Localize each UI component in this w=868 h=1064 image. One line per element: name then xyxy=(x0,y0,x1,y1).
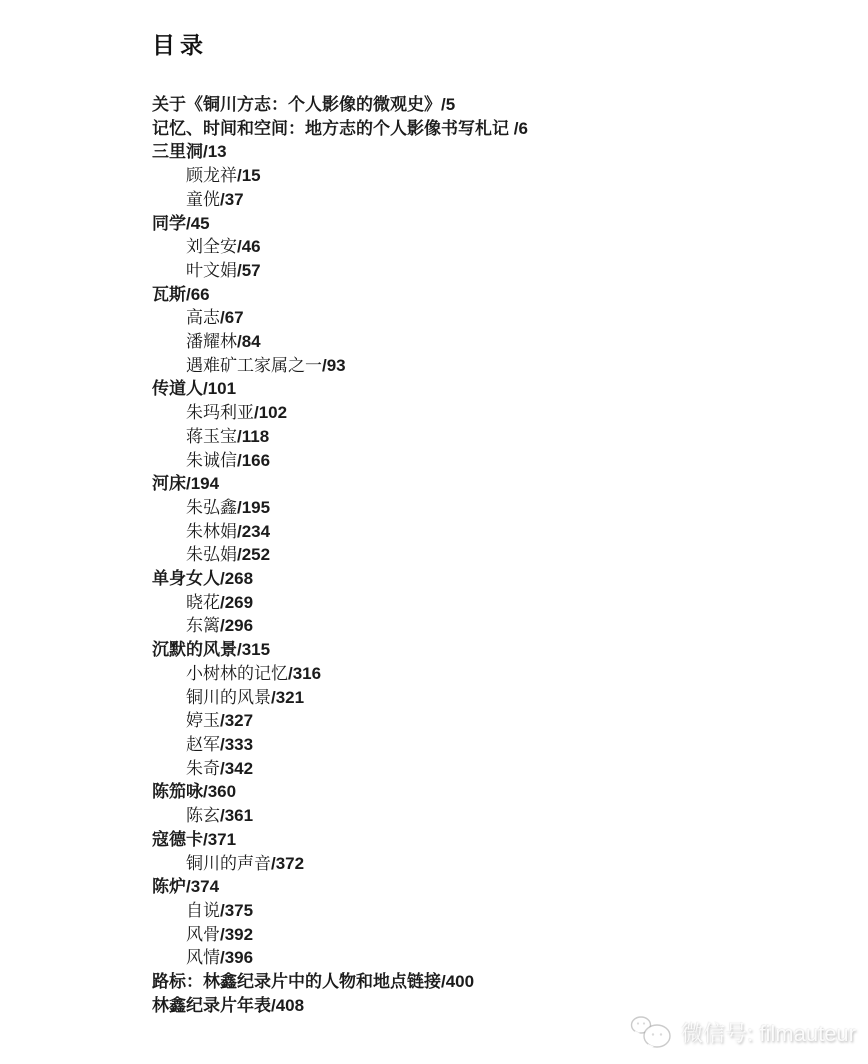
toc-entry-page: /400 xyxy=(441,972,474,991)
toc-section-entry: 沉默的风景/315 xyxy=(152,638,848,662)
toc-entry-label: 赵军 xyxy=(186,735,220,754)
toc-entry-page: /234 xyxy=(237,522,270,541)
toc-entry-page: /315 xyxy=(237,640,270,659)
toc-entry-label: 风骨 xyxy=(186,925,220,944)
toc-entry-page: /296 xyxy=(220,616,253,635)
toc-sub-entry: 朱诚信/166 xyxy=(152,449,848,473)
toc-entry-page: /194 xyxy=(186,474,219,493)
toc-entry-label: 潘耀林 xyxy=(186,332,237,351)
toc-entry-label: 陈玄 xyxy=(186,806,220,825)
toc-sub-entry: 小树林的记忆/316 xyxy=(152,662,848,686)
toc-entry-label: 沉默的风景 xyxy=(152,640,237,659)
toc-sub-entry: 童侊/37 xyxy=(152,188,848,212)
toc-section-entry: 三里洞/13 xyxy=(152,140,848,164)
toc-sub-entry: 顾龙祥/15 xyxy=(152,164,848,188)
toc-entry-label: 朱弘娟 xyxy=(186,545,237,564)
toc-entry-page: /195 xyxy=(237,498,270,517)
toc-sub-entry: 朱弘娟/252 xyxy=(152,543,848,567)
toc-entry-label: 遇难矿工家属之一 xyxy=(186,356,322,375)
toc-entry-label: 风情 xyxy=(186,948,220,967)
toc-entry-page: /67 xyxy=(220,308,244,327)
toc-entry-label: 高志 xyxy=(186,308,220,327)
toc-entry-page: /6 xyxy=(509,119,528,138)
toc-entry-page: /374 xyxy=(186,877,219,896)
toc-entry-page: /102 xyxy=(254,403,287,422)
document-page: 目录 关于《铜川方志：个人影像的微观史》/5记忆、时间和空间：地方志的个人影像书… xyxy=(0,0,868,1064)
toc-sub-entry: 朱弘鑫/195 xyxy=(152,496,848,520)
toc-entry-page: /93 xyxy=(322,356,346,375)
toc-sub-entry: 婷玉/327 xyxy=(152,709,848,733)
toc-entry-label: 记忆、时间和空间：地方志的个人影像书写札记 xyxy=(152,119,509,138)
toc-entry-page: /5 xyxy=(441,95,455,114)
toc-section-entry: 陈炉/374 xyxy=(152,875,848,899)
toc-sub-entry: 潘耀林/84 xyxy=(152,330,848,354)
toc-entry-label: 自说 xyxy=(186,901,220,920)
toc-entry-label: 瓦斯 xyxy=(152,285,186,304)
toc-entry-label: 顾龙祥 xyxy=(186,166,237,185)
toc-sub-entry: 朱玛利亚/102 xyxy=(152,401,848,425)
toc-list: 关于《铜川方志：个人影像的微观史》/5记忆、时间和空间：地方志的个人影像书写札记… xyxy=(152,93,848,1017)
toc-entry-label: 东篱 xyxy=(186,616,220,635)
toc-entry-page: /392 xyxy=(220,925,253,944)
toc-section-entry: 路标：林鑫纪录片中的人物和地点链接/400 xyxy=(152,970,848,994)
toc-entry-label: 河床 xyxy=(152,474,186,493)
page-title: 目录 xyxy=(152,30,848,60)
toc-entry-page: /327 xyxy=(220,711,253,730)
toc-section-entry: 陈笳咏/360 xyxy=(152,780,848,804)
toc-entry-label: 陈笳咏 xyxy=(152,782,203,801)
toc-sub-entry: 叶文娟/57 xyxy=(152,259,848,283)
toc-entry-label: 路标：林鑫纪录片中的人物和地点链接 xyxy=(152,972,441,991)
toc-entry-label: 童侊 xyxy=(186,190,220,209)
toc-sub-entry: 晓花/269 xyxy=(152,591,848,615)
toc-entry-page: /13 xyxy=(203,142,227,161)
toc-sub-entry: 东篱/296 xyxy=(152,614,848,638)
toc-entry-page: /361 xyxy=(220,806,253,825)
toc-sub-entry: 朱林娟/234 xyxy=(152,520,848,544)
toc-entry-page: /371 xyxy=(203,830,236,849)
toc-entry-label: 小树林的记忆 xyxy=(186,664,288,683)
toc-entry-page: /101 xyxy=(203,379,236,398)
toc-sub-entry: 遇难矿工家属之一/93 xyxy=(152,354,848,378)
toc-entry-label: 刘全安 xyxy=(186,237,237,256)
toc-sub-entry: 朱奇/342 xyxy=(152,757,848,781)
toc-entry-page: /316 xyxy=(288,664,321,683)
toc-entry-label: 寇德卡 xyxy=(152,830,203,849)
toc-entry-page: /372 xyxy=(271,854,304,873)
toc-entry-label: 关于《铜川方志：个人影像的微观史》 xyxy=(152,95,441,114)
toc-sub-entry: 蒋玉宝/118 xyxy=(152,425,848,449)
toc-entry-page: /396 xyxy=(220,948,253,967)
toc-entry-page: /360 xyxy=(203,782,236,801)
toc-entry-label: 朱弘鑫 xyxy=(186,498,237,517)
toc-sub-entry: 铜川的声音/372 xyxy=(152,852,848,876)
toc-entry-label: 林鑫纪录片年表 xyxy=(152,996,271,1015)
toc-sub-entry: 风骨/392 xyxy=(152,923,848,947)
toc-entry-label: 铜川的声音 xyxy=(186,854,271,873)
toc-section-entry: 瓦斯/66 xyxy=(152,283,848,307)
toc-entry-label: 三里洞 xyxy=(152,142,203,161)
toc-section-entry: 同学/45 xyxy=(152,212,848,236)
toc-entry-page: /84 xyxy=(237,332,261,351)
toc-entry-page: /45 xyxy=(186,214,210,233)
toc-entry-label: 晓花 xyxy=(186,593,220,612)
toc-entry-page: /46 xyxy=(237,237,261,256)
toc-sub-entry: 高志/67 xyxy=(152,306,848,330)
toc-sub-entry: 风情/396 xyxy=(152,946,848,970)
toc-entry-label: 朱诚信 xyxy=(186,451,237,470)
toc-entry-page: /342 xyxy=(220,759,253,778)
toc-sub-entry: 铜川的风景/321 xyxy=(152,686,848,710)
toc-section-entry: 单身女人/268 xyxy=(152,567,848,591)
toc-section-entry: 河床/194 xyxy=(152,472,848,496)
toc-entry-page: /269 xyxy=(220,593,253,612)
toc-entry-page: /268 xyxy=(220,569,253,588)
toc-entry-page: /333 xyxy=(220,735,253,754)
watermark-text: 微信号: filmauteur xyxy=(681,1017,856,1048)
toc-sub-entry: 赵军/333 xyxy=(152,733,848,757)
toc-entry-label: 蒋玉宝 xyxy=(186,427,237,446)
toc-entry-page: /118 xyxy=(237,427,269,446)
toc-section-entry: 寇德卡/371 xyxy=(152,828,848,852)
table-of-contents: 目录 关于《铜川方志：个人影像的微观史》/5记忆、时间和空间：地方志的个人影像书… xyxy=(152,30,848,1017)
toc-sub-entry: 刘全安/46 xyxy=(152,235,848,259)
toc-entry-page: /166 xyxy=(237,451,270,470)
toc-entry-label: 朱林娟 xyxy=(186,522,237,541)
toc-entry-page: /66 xyxy=(186,285,210,304)
toc-entry-page: /15 xyxy=(237,166,261,185)
toc-entry-label: 陈炉 xyxy=(152,877,186,896)
toc-sub-entry: 陈玄/361 xyxy=(152,804,848,828)
toc-entry-page: /57 xyxy=(237,261,261,280)
wechat-icon xyxy=(628,1012,674,1052)
toc-entry-label: 朱奇 xyxy=(186,759,220,778)
toc-sub-entry: 自说/375 xyxy=(152,899,848,923)
watermark: 微信号: filmauteur xyxy=(628,1012,856,1052)
toc-section-entry: 记忆、时间和空间：地方志的个人影像书写札记 /6 xyxy=(152,117,848,141)
toc-entry-label: 叶文娟 xyxy=(186,261,237,280)
toc-entry-label: 朱玛利亚 xyxy=(186,403,254,422)
toc-entry-page: /252 xyxy=(237,545,270,564)
toc-entry-label: 传道人 xyxy=(152,379,203,398)
toc-section-entry: 关于《铜川方志：个人影像的微观史》/5 xyxy=(152,93,848,117)
toc-entry-label: 铜川的风景 xyxy=(186,688,271,707)
toc-section-entry: 传道人/101 xyxy=(152,377,848,401)
toc-entry-page: /321 xyxy=(271,688,304,707)
toc-entry-page: /37 xyxy=(220,190,244,209)
toc-entry-page: /408 xyxy=(271,996,304,1015)
toc-entry-page: /375 xyxy=(220,901,253,920)
toc-entry-label: 婷玉 xyxy=(186,711,220,730)
toc-entry-label: 同学 xyxy=(152,214,186,233)
toc-entry-label: 单身女人 xyxy=(152,569,220,588)
